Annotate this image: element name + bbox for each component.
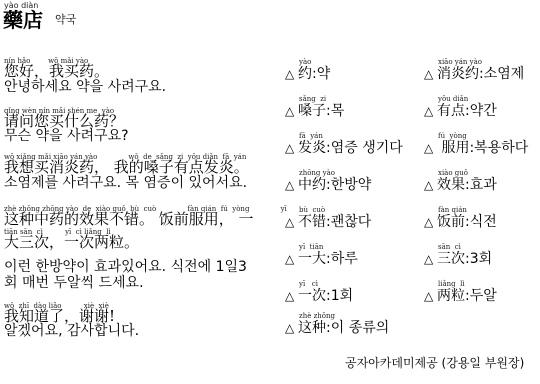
vocab-item: sǎng zi △嗓子:목 — [285, 95, 344, 119]
vocab-korean: 효과 — [470, 177, 497, 193]
vocab-chinese: 这种 — [298, 320, 326, 336]
vocab-pinyin: bù cuò — [299, 206, 371, 214]
vocab-item: yǒu diǎn △有点:약간 — [424, 95, 497, 119]
vocab-chinese: 服用 — [437, 140, 469, 156]
dialogue-chinese: 这种中药的效果不错。 饭前服用， 一 — [4, 211, 254, 228]
triangle-icon: △ — [285, 177, 298, 193]
page-title-korean: 약국 — [55, 14, 76, 26]
triangle-icon: △ — [285, 320, 298, 336]
vocab-item: zhōng yào △中约:한방약 — [285, 169, 371, 193]
vocab-chinese: 一大 — [298, 251, 326, 267]
vocab-chinese: 饭前 — [437, 214, 465, 230]
vocab-chinese: 三次 — [437, 251, 465, 267]
vocab-pinyin: sān cì — [438, 243, 492, 251]
vocab-pinyin: yī cì — [299, 280, 353, 288]
vocab-chinese: 消炎约 — [437, 66, 479, 82]
vocab-item: fā yán △发炎:염증 생기다 — [285, 132, 403, 156]
vocab-korean: 소염제 — [484, 66, 525, 82]
vocab-item: yī tiān △一大:하루 — [285, 243, 358, 267]
vocab-chinese: 发炎 — [298, 140, 326, 156]
triangle-icon: △ — [285, 103, 298, 119]
vocab-korean: 복용하다 — [474, 140, 528, 156]
vocab-item: yī cì △一次:1회 — [285, 280, 353, 304]
vocab-chinese: 效果 — [437, 177, 465, 193]
vocab-item: liǎng lì △两粒:두알 — [424, 280, 497, 304]
triangle-icon: △ — [424, 214, 437, 230]
vocab-korean: 염증 생기다 — [331, 140, 403, 156]
credit-line: 공자아카데미제공 (강용일 부원장) — [345, 356, 524, 370]
vocab-pinyin: fā yán — [299, 132, 403, 140]
triangle-icon: △ — [285, 66, 298, 82]
vocab-item: fàn qián △饭前:식전 — [424, 206, 497, 230]
dialogue-chinese: 大三次，一次两粒。 — [4, 234, 139, 251]
dialogue-korean: 무슨 약을 사려구요? — [4, 128, 129, 145]
triangle-icon: △ — [285, 251, 298, 267]
vocab-item: yào △约:약 — [285, 58, 330, 82]
vocab-korean: 괜찮다 — [331, 214, 372, 230]
triangle-icon: △ — [285, 140, 298, 156]
page-title: 藥店 — [3, 9, 43, 31]
vocab-chinese: 一次 — [298, 288, 326, 304]
vocab-pinyin: fàn qián — [438, 206, 497, 214]
vocab-pinyin: yī tiān — [299, 243, 358, 251]
triangle-icon: △ — [424, 140, 437, 156]
vocab-item: bù cuò △不错:괜찮다 — [285, 206, 371, 230]
vocab-chinese: 嗓子 — [298, 103, 326, 119]
vocab-pinyin: xiāo yán yào — [438, 58, 524, 66]
dialogue-chinese: 您好，我买药。 — [4, 63, 109, 80]
vocab-korean: 약간 — [470, 103, 497, 119]
vocab-korean: 한방약 — [331, 177, 372, 193]
triangle-icon: △ — [285, 214, 298, 230]
dialogue-korean: 이런 한방약이 효과있어요. 식전에 1일3 — [4, 259, 247, 276]
triangle-icon: △ — [424, 103, 437, 119]
vocab-chinese: 不错 — [298, 214, 326, 230]
dialogue-korean: 소염제를 사려구요. 목 염증이 있어서요. — [4, 175, 247, 192]
vocab-pinyin: zhè zhǒng — [299, 312, 389, 320]
dialogue-korean: 회 매번 두알씩 드세요. — [4, 275, 144, 292]
vocab-pinyin: yǒu diǎn — [438, 95, 497, 103]
vocab-korean: 약 — [317, 66, 331, 82]
vocab-item: zhè zhǒng △这种:이 종류의 — [285, 312, 389, 336]
vocab-chinese: 约 — [298, 66, 312, 82]
triangle-icon: △ — [424, 288, 437, 304]
vocab-item: sān cì △三次:3회 — [424, 243, 492, 267]
vocab-korean: 3회 — [470, 251, 492, 267]
vocab-korean: 식전 — [470, 214, 497, 230]
vocab-chinese: 有点 — [437, 103, 465, 119]
vocab-korean: 이 종류의 — [331, 320, 390, 336]
triangle-icon: △ — [424, 66, 437, 82]
vocab-pinyin: xiào guǒ — [438, 169, 497, 177]
vocab-item: xiāo yán yào △消炎约:소염제 — [424, 58, 524, 82]
vocab-korean: 1회 — [331, 288, 353, 304]
vocab-item: xiào guǒ △效果:효과 — [424, 169, 497, 193]
vocab-korean: 두알 — [470, 288, 497, 304]
vocab-chinese: 两粒 — [437, 288, 465, 304]
vocab-pinyin: fú yòng — [438, 132, 528, 140]
dialogue-korean: 알겠어요, 감사합니다. — [4, 323, 139, 340]
vocab-pinyin: liǎng lì — [438, 280, 497, 288]
vocab-item: fú yòng △ 服用:복용하다 — [424, 132, 528, 156]
triangle-icon: △ — [424, 177, 437, 193]
vocab-chinese: 中约 — [298, 177, 326, 193]
dialogue-korean: 안녕하세요 약을 사려구요. — [4, 79, 166, 96]
vocab-pinyin: yào — [299, 58, 330, 66]
triangle-icon: △ — [285, 288, 298, 304]
vocab-korean: 하루 — [331, 251, 358, 267]
vocab-korean: 목 — [331, 103, 345, 119]
triangle-icon: △ — [424, 251, 437, 267]
dialogue-chinese: 我想买消炎药， 我的嗓子有点发炎。 — [4, 159, 249, 176]
vocab-pinyin: zhōng yào — [299, 169, 371, 177]
vocab-pinyin: sǎng zi — [299, 95, 344, 103]
